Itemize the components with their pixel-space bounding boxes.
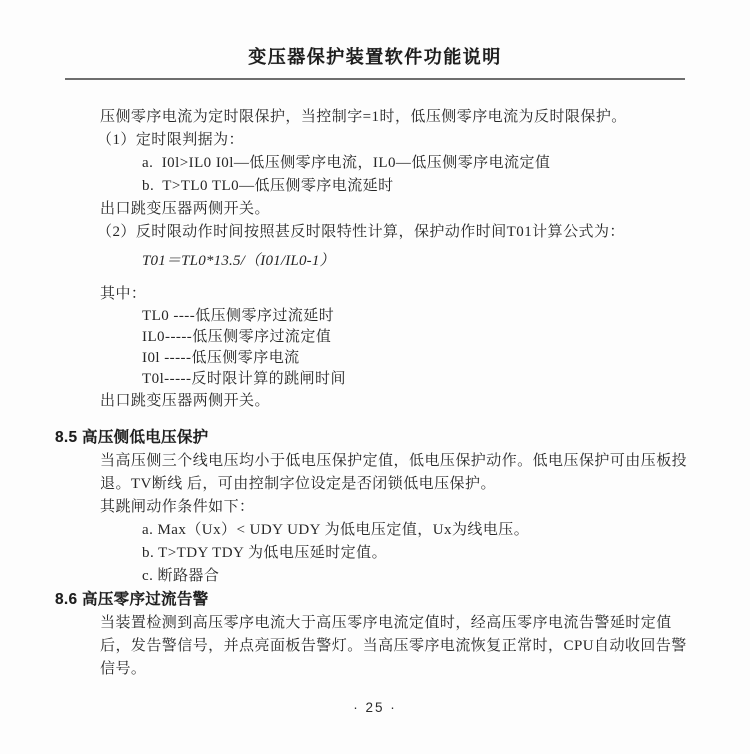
clause-2-outlet-line: 出口跳变压器两侧开关。 <box>100 390 692 413</box>
clause-2-label: （2）反时限动作时间按照甚反时限特性计算，保护动作时间T01计算公式为： <box>97 221 750 244</box>
section-8-5-para-line: 退。TV断线 后，可由控制字位设定是否闭锁低电压保护。 <box>100 473 692 496</box>
section-heading-8-6: 8.6 高压零序过流告警 <box>55 588 750 612</box>
definition-line-t0l: T0l-----反时限计算的跳闸时间 <box>142 369 750 390</box>
page-content: 压侧零序电流为定时限保护，当控制字=1时，低压侧零序电流为反时限保护。 （1）定… <box>0 106 750 681</box>
definition-line-il0: IL0-----低压侧零序过流定值 <box>142 327 750 348</box>
among-label: 其中： <box>100 283 692 306</box>
clause-1-outlet-line: 出口跳变压器两侧开关。 <box>100 198 692 221</box>
page-number: · 25 · <box>0 700 750 715</box>
title-divider <box>65 78 685 80</box>
trip-time-formula: T01＝TL0*13.5/（I01/IL0-1） <box>142 250 750 273</box>
clause-1-label: （1）定时限判据为： <box>97 129 750 152</box>
definition-line-i0l: I0l -----低压侧零序电流 <box>142 348 750 369</box>
section-8-6-para-line: 当装置检测到高压零序电流大于高压零序电流定值时，经高压零序电流告警延时定值 <box>100 612 692 635</box>
section-8-5-item-c: c. 断路器合 <box>142 565 750 588</box>
section-8-6-para-line: 后，发告警信号，并点亮面板告警灯。当高压零序电流恢复正常时，CPU自动收回告警 <box>100 635 692 658</box>
clause-1-item-b: b. T>TL0 TL0—低压侧零序电流延时 <box>142 175 750 198</box>
section-8-5-para-line: 当高压侧三个线电压均小于低电压保护定值，低电压保护动作。低电压保护可由压板投 <box>100 450 692 473</box>
section-8-5-para-line: 其跳闸动作条件如下： <box>100 496 692 519</box>
paragraph-continuation-line: 压侧零序电流为定时限保护，当控制字=1时，低压侧零序电流为反时限保护。 <box>100 106 692 129</box>
page-title: 变压器保护装置软件功能说明 <box>0 0 750 69</box>
document-page: 变压器保护装置软件功能说明 压侧零序电流为定时限保护，当控制字=1时，低压侧零序… <box>0 0 750 754</box>
clause-1-item-a: a. I0l>IL0 I0l—低压侧零序电流，IL0—低压侧零序电流定值 <box>142 152 750 175</box>
section-8-6-para-line: 信号。 <box>100 658 692 681</box>
definition-line-tl0: TL0 ----低压侧零序过流延时 <box>142 306 750 327</box>
section-8-5-item-a: a. Max（Ux）< UDY UDY 为低电压定值，Ux为线电压。 <box>142 519 750 542</box>
section-8-5-item-b: b. T>TDY TDY 为低电压延时定值。 <box>142 542 750 565</box>
section-heading-8-5: 8.5 高压侧低电压保护 <box>55 426 750 450</box>
